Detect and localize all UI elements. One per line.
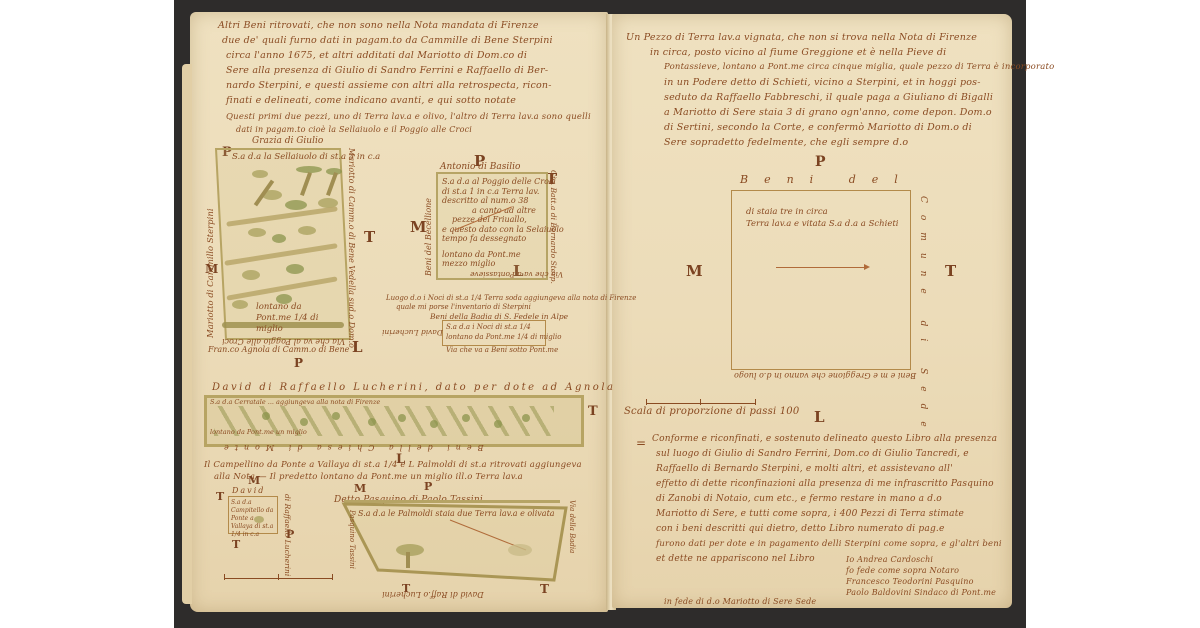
footer-line: Conforme e riconfinati, e sostenuto deli… — [652, 432, 997, 447]
map2-inner-line: di st.a 1 in c.a Terra lav. — [442, 187, 564, 197]
map3-inner-line: lontano da Pont.me 1/4 di miglio — [446, 332, 561, 342]
map5-inner: S.a d.a Campitello da Ponte a Vallaya di… — [231, 499, 275, 539]
map-inner-line: Terra lav.a e vitata S.a d.a a Schieti — [746, 219, 899, 229]
compass-p: P — [294, 356, 303, 370]
map3-header: quale mi porse l'inventario di Sterpini — [396, 303, 531, 311]
map3-inner-line: S.a d.a i Noci di st.a 1/4 — [446, 322, 561, 332]
map1-right-label: Mariotto di Camm.o di Bene Vedella sud.o… — [347, 148, 356, 348]
footer-line: sul luogo di Giulio di Sandro Ferrini, D… — [656, 447, 969, 462]
map-title: Beni del — [740, 172, 914, 187]
signature-line: in fede di d.o Mariotto di Sere Sede — [664, 594, 816, 609]
footer-line: Mariotto di Sere, e tutti come sopra, i … — [656, 507, 964, 522]
compass-p: P — [286, 528, 294, 541]
map2-inner-line: tempo fa dessegnato — [442, 234, 564, 244]
heading-line: due de' quali furno dati in pagam.to da … — [222, 33, 553, 48]
map2-bottom-label: Via che va a Pontassieve — [470, 270, 563, 279]
compass-t: T — [364, 228, 375, 246]
heading-line: nardo Sterpini, e questi assieme con alt… — [226, 78, 552, 93]
map1-bottom-label2: Fran.co Agnola di Camm.o di Bene — [208, 345, 349, 354]
map2-inner-line: S.a d.a al Poggio delle Croci — [442, 177, 564, 187]
map-frame — [731, 190, 911, 370]
compass-l: T — [232, 538, 240, 551]
map3-header: Luogo d.o i Noci di st.a 1/4 Terra soda … — [386, 294, 636, 302]
compass-t: T — [588, 404, 598, 419]
note-line: dati in pagam.to cioè la Sellaiuolo e il… — [236, 122, 472, 137]
signature-line: Paolo Baldovini Sindaco di Pont.me — [846, 585, 996, 600]
map2-inner: S.a d.a al Poggio delle Croci di st.a 1 … — [442, 177, 564, 269]
footer-line: di Zanobi di Notaio, cum etc., e fermo r… — [656, 492, 942, 507]
heading-line: Sere sopradetto fedelmente, che egli sem… — [664, 135, 908, 150]
map2-inner-line: lontano da Pont.me — [442, 250, 564, 260]
compass-l: L — [814, 408, 825, 426]
map6-bottom-label: David di Raff.o Lucherini — [382, 590, 484, 599]
map2-inner-line: descritto al num.o 38 — [442, 196, 564, 206]
heading-line: di Sertini, secondo la Corte, e confermò… — [664, 120, 972, 135]
page-stack-edge — [182, 64, 192, 604]
north-arrow-icon — [776, 267, 868, 268]
heading-line: finati e delineati, come indicano avanti… — [226, 93, 516, 108]
map1-top-label: Grazia di Giulio — [252, 136, 323, 146]
compass-m: M — [205, 262, 218, 276]
footer-line: Raffaello di Bernardo Sterpini, e molti … — [656, 462, 953, 477]
compass-p: P — [815, 154, 826, 170]
heading-line: Altri Beni ritrovati, che non sono nella… — [218, 18, 539, 33]
map-bottom-label: Beni e m e Greggione che vanno in d.o lu… — [734, 371, 916, 380]
map-inner-line: di staia tre in circa — [746, 207, 828, 217]
map2-inner-line: pezze del Friuallo, — [442, 215, 564, 225]
map5-top-label: David — [232, 486, 265, 495]
heading-line: seduto da Raffaello Fabbreschi, il quale… — [664, 90, 993, 105]
footer-line: con i beni descritti qui dietro, detto L… — [656, 522, 945, 537]
compass-t: T — [945, 262, 956, 280]
map4-inner-line: S.a d.a Cerratale ... aggiungeva alla no… — [210, 398, 380, 406]
compass-t: T — [540, 582, 549, 596]
map3-left-label: David Lucherini — [382, 328, 443, 337]
map2-right-label: Gio. Batt.a di Bernardo Sterp. — [549, 170, 558, 284]
map1-inner-title: S.a d.a la Sellaiuolo di st.a 3 in c.a — [232, 152, 380, 162]
footer-line: effetto di dette riconfinazioni alla pre… — [656, 477, 994, 492]
heading-line: a Mariotto di Sere staia 3 di grano ogn'… — [664, 105, 992, 120]
map4-caption: alla Nota — Il predetto lontano da Pont.… — [214, 470, 523, 485]
map6-left-label: Pasquino Tassini — [348, 510, 356, 569]
compass-m: M — [686, 262, 703, 280]
heading-line: Pontassieve, lontano a Pont.me circa cin… — [664, 60, 1054, 75]
heading-line: in un Podere detto di Schieti, vicino a … — [664, 75, 981, 90]
map4-inner-line: lontano da Pont.me un miglio — [210, 428, 307, 436]
compass-l: L — [396, 452, 405, 467]
compass-m: M — [354, 482, 366, 495]
map2-inner-line: mezzo miglio — [442, 259, 564, 269]
compass-l: T — [402, 582, 410, 595]
map4-bottom-label: Beni della Chiesa di Monte — [218, 443, 483, 452]
footer-line: et dette ne appariscono nel Libro — [656, 552, 815, 567]
map2-left-label: Beni del Becellione — [424, 198, 433, 276]
compass-l: L — [352, 338, 363, 356]
scale-label: Scala di proporzione di passi 100 — [624, 404, 799, 419]
map2-top-label: Antonio di Basilio — [440, 162, 520, 172]
heading-line: in circa, posto vicino al fiume Greggion… — [650, 45, 946, 60]
map6-right-label: Via della Badia — [568, 500, 576, 553]
heading-line: Sere alla presenza di Giulio di Sandro F… — [226, 63, 548, 78]
map3-bottom-label: Via che va a Beni sotto Pont.me — [446, 346, 558, 354]
map1-inner-note: lontano da Pont.me 1/4 di miglio — [256, 302, 326, 335]
heading-line: circa l'anno 1675, et altri additati dal… — [226, 48, 527, 63]
map3-inner: S.a d.a i Noci di st.a 1/4 lontano da Po… — [446, 322, 561, 342]
map-right-label: Comune di Sede — [918, 196, 928, 439]
map4-top-label: David di Raffaello Lucherini, dato per d… — [212, 380, 615, 395]
compass-t: T — [216, 490, 224, 503]
footer-line: furono dati per dote e in pagamento dell… — [656, 537, 1002, 552]
compass-p: P — [424, 480, 432, 493]
map6-inner-title: S.a d.a le Palmoldi staia due Terra lav.… — [358, 509, 555, 518]
footer-marker: = — [636, 436, 646, 451]
heading-line: Un Pezzo di Terra lav.a vignata, che non… — [626, 30, 977, 45]
